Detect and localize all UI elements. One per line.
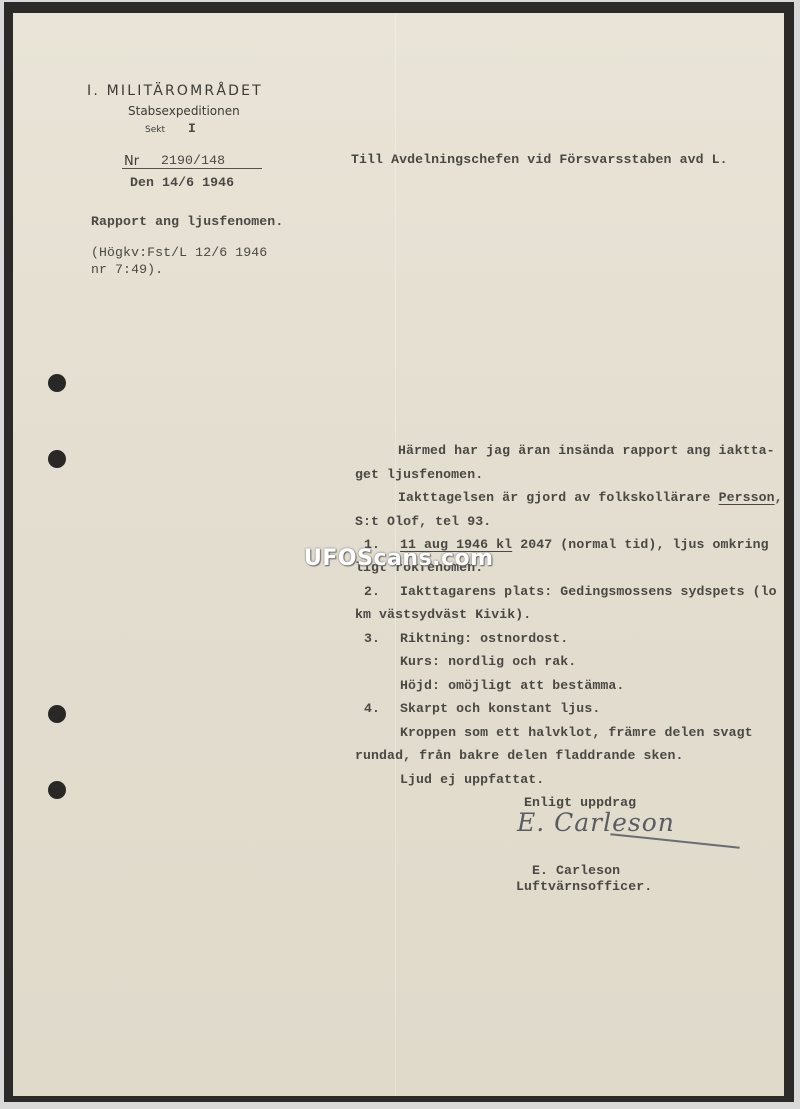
item-1-text: 2047 (normal tid), ljus omkring <box>512 537 768 552</box>
item-4-line3: rundad, från bakre delen fladdrande sken… <box>355 748 684 763</box>
reference-line-1: (Högkv:Fst/L 12/6 1946 <box>91 245 267 260</box>
sekt-value: I <box>188 121 196 136</box>
item-3-line2: Kurs: nordlig och rak. <box>400 654 576 669</box>
nr-label: Nr <box>124 154 139 169</box>
punch-hole <box>48 374 66 392</box>
item-4-line1: Skarpt och konstant ljus. <box>400 701 600 716</box>
item-2-line1: Iakttagarens plats: Gedingsmossens sydsp… <box>400 584 777 599</box>
body-p2-text: Iakttagelsen är gjord av folkskollärare <box>398 490 719 505</box>
signatory-name: E. Carleson <box>532 863 620 878</box>
letterhead-org: I. MILITÄROMRÅDET <box>87 83 263 99</box>
body-p1-line2: get ljusfenomen. <box>355 467 483 482</box>
punch-hole <box>48 450 66 468</box>
letter-date: Den 14/6 1946 <box>130 175 234 190</box>
item-3-line3: Höjd: omöjligt att bestämma. <box>400 678 624 693</box>
body-p2-line2: S:t Olof, tel 93. <box>355 514 491 529</box>
recipient-line: Till Avdelningschefen vid Försvarsstaben… <box>351 152 728 167</box>
handwritten-signature: E. Carleson <box>517 808 675 837</box>
item-4-line4: Ljud ej uppfattat. <box>400 772 544 787</box>
watermark: UFOScans.com <box>304 546 494 571</box>
body-p2-comma: , <box>775 490 783 505</box>
punch-hole <box>48 781 66 799</box>
punch-hole <box>48 705 66 723</box>
observer-name: Persson <box>719 490 775 505</box>
item-2-line2: km västsydväst Kivik). <box>355 607 531 622</box>
item-3-line1: Riktning: ostnordost. <box>400 631 568 646</box>
item-4-line2: Kroppen som ett halvklot, främre delen s… <box>400 725 753 740</box>
body-p2-line1: Iakttagelsen är gjord av folkskollärare … <box>398 490 783 505</box>
reference-line-2: nr 7:49). <box>91 262 163 277</box>
nr-value: 2190/148 <box>161 153 225 168</box>
item-2-number: 2. <box>364 584 380 599</box>
item-4-number: 4. <box>364 701 380 716</box>
nr-underline <box>122 168 262 169</box>
letterhead-dept: Stabsexpeditionen <box>128 104 240 118</box>
signatory-title: Luftvärnsofficer. <box>516 879 652 894</box>
subject-line: Rapport ang ljusfenomen. <box>91 214 283 229</box>
item-3-number: 3. <box>364 631 380 646</box>
sekt-label: Sekt <box>145 125 165 135</box>
body-p1-line1: Härmed har jag äran insända rapport ang … <box>398 443 775 458</box>
